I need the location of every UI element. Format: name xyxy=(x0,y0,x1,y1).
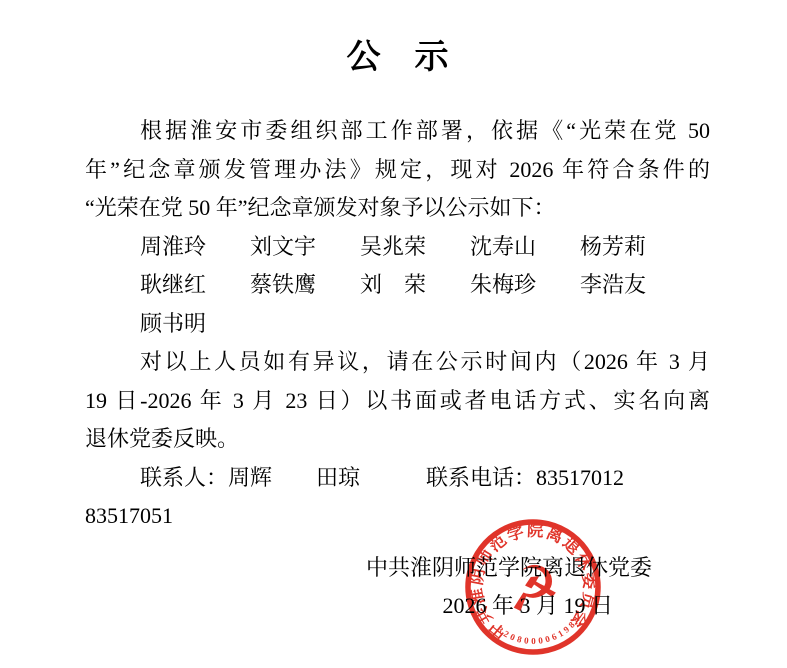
signature-date: 2026 年 3 月 19 日 xyxy=(85,587,710,626)
para1-line-3: “光荣在党 50 年”纪念章颁发对象予以公示如下： xyxy=(85,189,710,228)
signature-org: 中共淮阴师范学院离退休党委 xyxy=(85,549,710,588)
contact-phone-overflow: 83517051 xyxy=(85,497,710,536)
document-page: 中共淮阴师范学院离退休委员会 ☭ 3208000061984 公 示 根据淮安市… xyxy=(0,0,787,668)
para1-line-2: 年”纪念章颁发管理办法》规定，现对 2026 年符合条件的 xyxy=(85,151,710,190)
name-row-2: 耿继红 蔡铁鹰 刘 荣 朱梅珍 李浩友 xyxy=(85,266,710,305)
notice-content: 公 示 根据淮安市委组织部工作部署，依据《“光荣在党 50 年”纪念章颁发管理办… xyxy=(0,0,787,626)
name-row-1: 周淮玲 刘文宇 吴兆荣 沈寿山 杨芳莉 xyxy=(85,228,710,267)
name-row-3: 顾书明 xyxy=(85,305,710,344)
page-title: 公 示 xyxy=(85,36,710,80)
notice-body: 根据淮安市委组织部工作部署，依据《“光荣在党 50 年”纪念章颁发管理办法》规定… xyxy=(85,112,710,626)
para2-line-3: 退休党委反映。 xyxy=(85,420,710,459)
contact-line: 联系人：周辉 田琼 联系电话：83517012 xyxy=(85,459,710,498)
para2-line-2: 19 日-2026 年 3 月 23 日）以书面或者电话方式、实名向离 xyxy=(85,382,710,421)
para1-line-1: 根据淮安市委组织部工作部署，依据《“光荣在党 50 xyxy=(85,112,710,151)
para2-line-1: 对以上人员如有异议，请在公示时间内（2026 年 3 月 xyxy=(85,343,710,382)
